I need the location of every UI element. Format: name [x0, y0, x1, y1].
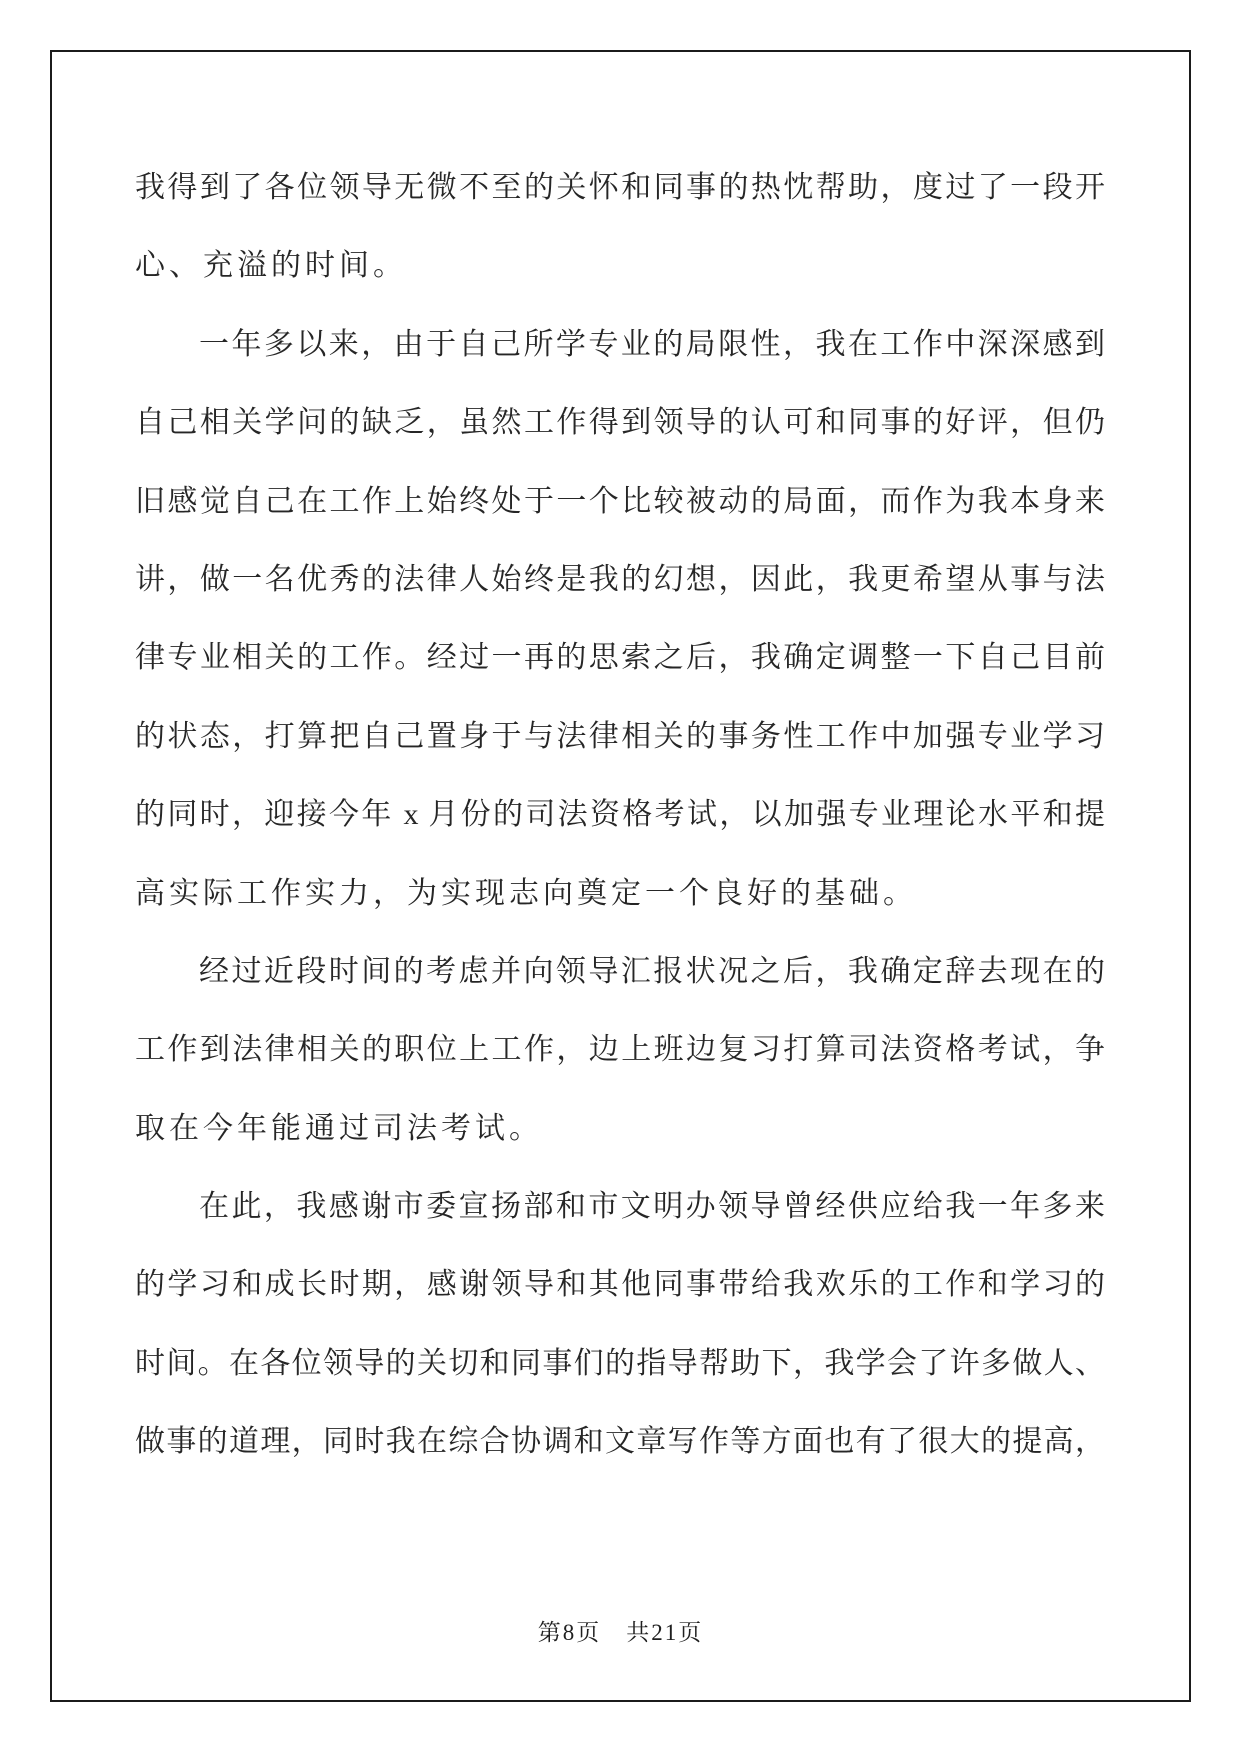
text-line-10: 高实际工作实力，为实现志向奠定一个良好的基础。	[135, 855, 1105, 933]
text-line-5: 旧感觉自己在工作上始终处于一个比较被动的局面，而作为我本身来	[135, 463, 1105, 541]
text-line-14: 在此，我感谢市委宣扬部和市文明办领导曾经供应给我一年多来	[135, 1168, 1105, 1246]
text-line-4: 自己相关学问的缺乏，虽然工作得到领导的认可和同事的好评，但仍	[135, 384, 1105, 462]
document-body: 我得到了各位领导无微不至的关怀和同事的热忱帮助，度过了一段开 心、充溢的时间。 …	[135, 149, 1105, 1482]
text-line-6: 讲，做一名优秀的法律人始终是我的幻想，因此，我更希望从事与法	[135, 541, 1105, 619]
text-line-3: 一年多以来，由于自己所学专业的局限性，我在工作中深深感到	[135, 306, 1105, 384]
text-line-13: 取在今年能通过司法考试。	[135, 1090, 1105, 1168]
text-line-12: 工作到法律相关的职位上工作，边上班边复习打算司法资格考试，争	[135, 1011, 1105, 1089]
text-line-2: 心、充溢的时间。	[135, 227, 1105, 305]
text-line-1: 我得到了各位领导无微不至的关怀和同事的热忱帮助，度过了一段开	[135, 149, 1105, 227]
text-line-7: 律专业相关的工作。经过一再的思索之后，我确定调整一下自己目前	[135, 619, 1105, 697]
text-line-17: 做事的道理，同时我在综合协调和文章写作等方面也有了很大的提高，	[135, 1403, 1105, 1481]
text-line-15: 的学习和成长时期，感谢领导和其他同事带给我欢乐的工作和学习的	[135, 1246, 1105, 1324]
text-line-9: 的同时，迎接今年 x 月份的司法资格考试，以加强专业理论水平和提	[135, 776, 1105, 854]
page-footer: 第8页 共21页	[0, 1616, 1241, 1650]
page-number-label: 第8页 共21页	[538, 1620, 704, 1645]
text-line-11: 经过近段时间的考虑并向领导汇报状况之后，我确定辞去现在的	[135, 933, 1105, 1011]
text-line-8: 的状态，打算把自己置身于与法律相关的事务性工作中加强专业学习	[135, 698, 1105, 776]
text-line-16: 时间。在各位领导的关切和同事们的指导帮助下，我学会了许多做人、	[135, 1325, 1105, 1403]
